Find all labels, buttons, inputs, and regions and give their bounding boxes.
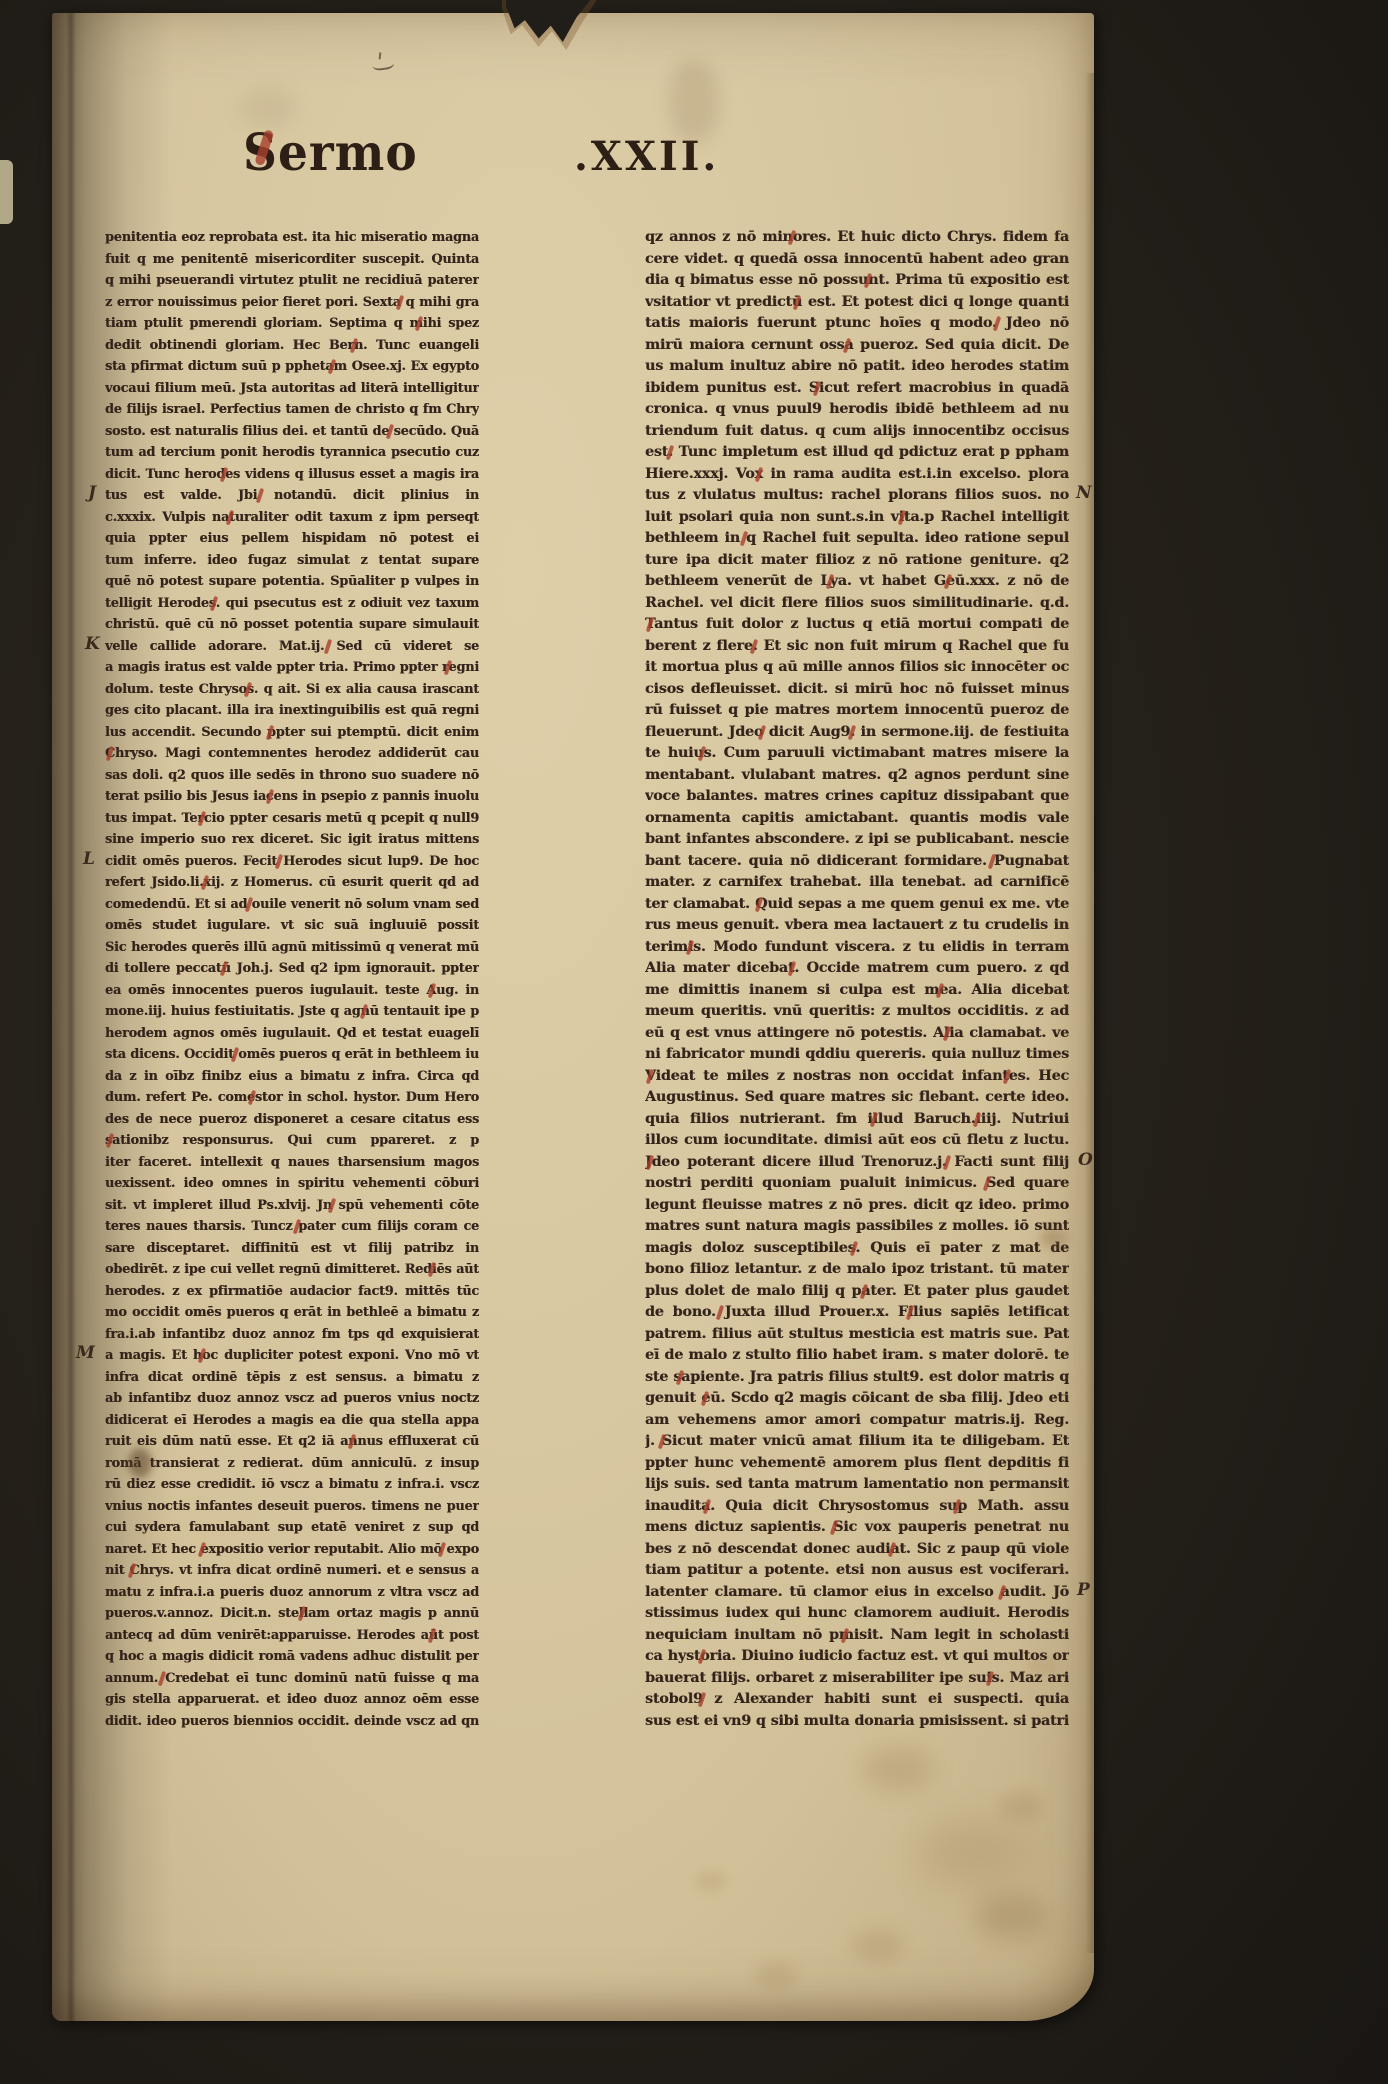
text-line: eū q est vnus attingere nō potestis. Ali… <box>645 1023 1069 1045</box>
text-line: ornamenta capitis amictabant. quantis mo… <box>645 808 1069 830</box>
text-line: di tollere peccatū Joh.j. Sed q2 ipm ign… <box>105 958 479 980</box>
text-line: dum. refert Pe. comestor in schol. hysto… <box>105 1087 479 1109</box>
foxing-stain <box>975 1893 1047 1939</box>
margin-letter: P <box>1077 1580 1090 1600</box>
text-line: ni fabricator mundi qddiu quereris. quia… <box>645 1044 1069 1066</box>
text-line: herodes. z ex pfirmatiōe audacior fact9.… <box>105 1281 479 1303</box>
text-line: des de nece pueroz disponeret a cesare c… <box>105 1109 479 1131</box>
text-line: Jdeo poterant dicere illud Trenoruz.j. F… <box>645 1152 1069 1174</box>
text-line: iter faceret. intellexit q naues tharsen… <box>105 1152 479 1174</box>
text-line: dolum. teste Chrysos. q ait. Si ex alia … <box>105 679 479 701</box>
text-line: dia q bimatus esse nō possunt. Prima tū … <box>645 270 1069 292</box>
text-line: bethleem venerūt de Lya. vt habet Geū.xx… <box>645 571 1069 593</box>
foxing-stain <box>1028 1655 1060 1677</box>
photo-backdrop: Sermo .XXII. penitentia eoz reprobata es… <box>0 0 1388 2084</box>
text-line: a magis. Et hoc dupliciter potest exponi… <box>105 1345 479 1367</box>
text-line: tiam ptulit pmerendi gloriam. Septima q … <box>105 313 479 335</box>
text-line: ture ipa dicit mater filioz z nō ratione… <box>645 550 1069 572</box>
text-line: teres naues tharsis. Tuncz pater cum fil… <box>105 1216 479 1238</box>
text-line: te huius. Cum paruuli victimabant matres… <box>645 743 1069 765</box>
text-line: it mortua plus q aū mille annos filios s… <box>645 657 1069 679</box>
text-line: bethleem in q Rachel fuit sepulta. ideo … <box>645 528 1069 550</box>
text-line: infra dicat ordinē tēpis z est sensus. a… <box>105 1367 479 1389</box>
text-line: tatis maioris fuerunt ptunc hoīes q modo… <box>645 313 1069 335</box>
text-line: sationibz responsurus. Qui cum ppareret.… <box>105 1130 479 1152</box>
text-line: vsitatior vt predictū est. Et potest dic… <box>645 292 1069 314</box>
text-line: romā transierat z redierat. dūm anniculū… <box>105 1453 479 1475</box>
text-line: cere videt. q quedā ossa innocentū haben… <box>645 249 1069 271</box>
text-line: gis stella apparuerat. et ideo duoz anno… <box>105 1689 479 1711</box>
margin-letter: N <box>1076 483 1092 503</box>
text-line: dicit. Tunc herodes videns q illusus ess… <box>105 464 479 486</box>
text-line: matres sunt natura magis passibiles z mo… <box>645 1216 1069 1238</box>
text-line: genuit eū. Scdo q2 magis cōicant de sba … <box>645 1388 1069 1410</box>
foxing-stain <box>128 1448 152 1478</box>
text-line: obedirēt. z ipe cui vellet regnū dimitte… <box>105 1259 479 1281</box>
foxing-stain <box>1000 1792 1042 1822</box>
text-line: de filijs israel. Perfectius tamen de ch… <box>105 399 479 421</box>
text-line: tiam patitur a potente. etsi non ausus e… <box>645 1560 1069 1582</box>
text-line: luit psolari quia non sunt.s.in vita.p R… <box>645 507 1069 529</box>
text-line: uexissent. ideo omnes in spiritu vehemen… <box>105 1173 479 1195</box>
text-line: penitentia eoz reprobata est. ita hic mi… <box>105 227 479 249</box>
text-line: ste sapiente. Jra patris filius stult9. … <box>645 1367 1069 1389</box>
text-line: ca hystoria. Diuino iudicio factuz est. … <box>645 1646 1069 1668</box>
text-line: j. Sicut mater vnicū amat filium ita te … <box>645 1431 1069 1453</box>
text-line: us malum inultuz abire nō patit. ideo he… <box>645 356 1069 378</box>
text-line: am vehemens amor amori compatur matris.i… <box>645 1410 1069 1432</box>
text-line: mone.iij. huius festiuitatis. Jste q agn… <box>105 1001 479 1023</box>
text-line: voce balantes. matres crines capituz dis… <box>645 786 1069 808</box>
text-line: velle callide adorare. Mat.ij. Sed cū vi… <box>105 636 479 658</box>
text-line: vocaui filium meū. Jsta autoritas ad lit… <box>105 378 479 400</box>
text-line: q hoc a magis didicit romā vadens adhuc … <box>105 1646 479 1668</box>
foxing-stain <box>862 1748 934 1790</box>
text-line: z error nouissimus peior fieret pori. Se… <box>105 292 479 314</box>
text-line: da z in oībz finibz eius a bimatu z infr… <box>105 1066 479 1088</box>
text-line: meum queritis. vnū queritis: z multos oc… <box>645 1001 1069 1023</box>
text-line: ruit eis dūm natū esse. Et q2 iā annus e… <box>105 1431 479 1453</box>
text-line: Augustinus. Sed quare matres sic flebant… <box>645 1087 1069 1109</box>
text-line: triendum fuit datus. q cum alijs innocen… <box>645 421 1069 443</box>
text-line: fuit q me penitentē misericorditer susce… <box>105 249 479 271</box>
text-line: ter clamabat. Quid sepas a me quem genui… <box>645 894 1069 916</box>
text-line: eī de malo z stulto filio habet iram. s … <box>645 1345 1069 1367</box>
text-line: me dimittis inanem si culpa est mea. Ali… <box>645 980 1069 1002</box>
text-line: Alia mater dicebat. Occide matrem cum pu… <box>645 958 1069 980</box>
text-line: terimis. Modo fundunt viscera. z tu elid… <box>645 937 1069 959</box>
text-line: Tantus fuit dolor z luctus q etiā mortui… <box>645 614 1069 636</box>
text-line: dedit obtinendi gloriam. Hec Bern. Tunc … <box>105 335 479 357</box>
text-line: mirū maiora cernunt ossa pueroz. Sed qui… <box>645 335 1069 357</box>
foxing-stain <box>1040 1228 1068 1248</box>
text-line: tus z vlulatus multus: rachel plorans fi… <box>645 485 1069 507</box>
foxing-stain <box>695 1870 727 1892</box>
foxing-stain <box>755 1962 797 1988</box>
foxing-stain <box>238 88 298 128</box>
text-line: sine imperio suo rex diceret. Sic igit i… <box>105 829 479 851</box>
adjacent-leaf-edge <box>0 160 13 224</box>
text-line: est. Tunc impletum est illud qd pdictuz … <box>645 442 1069 464</box>
text-line: bant tacere. quia nō didicerant formidar… <box>645 851 1069 873</box>
text-line: ibidem punitus est. Sicut refert macrobi… <box>645 378 1069 400</box>
text-line: berent z flere. Et sic non fuit mirum q … <box>645 636 1069 658</box>
text-line: sta dicens. Occidit omēs pueros q erāt i… <box>105 1044 479 1066</box>
text-line: c.xxxix. Vulpis naturaliter odit taxum z… <box>105 507 479 529</box>
text-line: cronica. q vnus puul9 herodis ibidē beth… <box>645 399 1069 421</box>
text-line: quia filios nutrierant. fm illud Baruch.… <box>645 1109 1069 1131</box>
text-line: a magis iratus est valde ppter tria. Pri… <box>105 657 479 679</box>
text-line: quē nō potest supare potentia. Spūaliter… <box>105 571 479 593</box>
text-line: ges cito placant. illa ira inextinguibil… <box>105 700 479 722</box>
text-line: nostri perditi quoniam pualuit inimicus.… <box>645 1173 1069 1195</box>
text-line: patrem. filius aūt stultus mesticia est … <box>645 1324 1069 1346</box>
text-line: Rachel. vel dicit flere filios suos simi… <box>645 593 1069 615</box>
text-line: antecq ad dūm venirēt:apparuisse. Herode… <box>105 1625 479 1647</box>
text-line: cui sydera famulabant sup etatē veniret … <box>105 1517 479 1539</box>
text-line: mater. z carnifex trahebat. illa tenebat… <box>645 872 1069 894</box>
text-line: sas doli. q2 quos ille sedēs in throno s… <box>105 765 479 787</box>
text-line: pueros.v.annoz. Dicit.n. stellam ortaz m… <box>105 1603 479 1625</box>
text-line: mentabant. vlulabant matres. q2 agnos pe… <box>645 765 1069 787</box>
margin-letter: J <box>88 483 96 503</box>
text-line: tus impat. Tercio ppter cesaris metū q p… <box>105 808 479 830</box>
margin-letter: L <box>83 849 95 869</box>
text-line: mo occidit omēs pueros q erāt in bethleē… <box>105 1302 479 1324</box>
foxing-stain <box>668 60 720 144</box>
text-line: mens dictuz sapientis. Sic vox pauperis … <box>645 1517 1069 1539</box>
text-line: lus accendit. Secundo ppter sui ptemptū.… <box>105 722 479 744</box>
fore-edge-shading <box>1085 73 1094 1953</box>
text-line: rū diez esse credidit. iō vscz a bimatu … <box>105 1474 479 1496</box>
text-line: lijs suis. sed tanta matrum lamentatio n… <box>645 1474 1069 1496</box>
text-line: vnius noctis infantes deseuit pueros. ti… <box>105 1496 479 1518</box>
text-line: Hiere.xxxj. Vox in rama audita est.i.in … <box>645 464 1069 486</box>
foxing-stain <box>852 1930 904 1962</box>
gutter-crease <box>66 13 76 2021</box>
text-line: omēs studet iugulare. vt sic suā ingluui… <box>105 915 479 937</box>
margin-letter: M <box>76 1343 95 1363</box>
text-column-left: penitentia eoz reprobata est. ita hic mi… <box>105 227 479 1732</box>
text-line: quia ppter eius pellem hispidam nō potes… <box>105 528 479 550</box>
text-line: sit. vt impleret illud Ps.xlvij. Jn spū … <box>105 1195 479 1217</box>
margin-letter: O <box>1078 1150 1093 1170</box>
text-line: didit. ideo pueros biennios occidit. dei… <box>105 1711 479 1733</box>
text-line: tum inferre. ideo fugaz simulat z tentat… <box>105 550 479 572</box>
text-line: sare disceptaret. diffinitū est vt filij… <box>105 1238 479 1260</box>
text-line: didicerat eī Herodes a magis ea die qua … <box>105 1410 479 1432</box>
text-line: qz annos z nō minores. Et huic dicto Chr… <box>645 227 1069 249</box>
text-line: fleuerunt. Jdeo dicit Aug9. in sermone.i… <box>645 722 1069 744</box>
text-line: de bono. Juxta illud Prouer.x. Filius sa… <box>645 1302 1069 1324</box>
text-line: Sic herodes querēs illū agnū mitissimū q… <box>105 937 479 959</box>
text-line: refert Jsido.li.xij. z Homerus. cū esuri… <box>105 872 479 894</box>
text-line: bono filioz letantur. z de malo ipoz tri… <box>645 1259 1069 1281</box>
foxing-stain <box>918 1822 1030 1884</box>
text-line: sosto. est naturalis filius dei. et tant… <box>105 421 479 443</box>
text-line: plus dolet de malo filij q pater. Et pat… <box>645 1281 1069 1303</box>
text-line: stobol9 z Alexander habiti sunt ei suspe… <box>645 1689 1069 1711</box>
text-line: ea omēs innocentes pueros iugulauit. tes… <box>105 980 479 1002</box>
text-line: fra.i.ab infantibz duoz annoz fm tps qd … <box>105 1324 479 1346</box>
text-line: rus meus genuit. vbera mea lactauert z t… <box>645 915 1069 937</box>
text-line: latenter clamare. tū clamor eius in exce… <box>645 1582 1069 1604</box>
text-line: naret. Et hec expositio verior reputabit… <box>105 1539 479 1561</box>
text-line: matu z infra.i.a pueris duoz annorum z v… <box>105 1582 479 1604</box>
text-line: terat psilio bis Jesus iacens in psepio … <box>105 786 479 808</box>
text-line: bes z nō descendat donec audiat. Sic z p… <box>645 1539 1069 1561</box>
margin-letter: K <box>85 634 100 654</box>
text-line: telligit Herodes. qui psecutus est z odi… <box>105 593 479 615</box>
text-line: tum ad tercium ponit herodis tyrannica p… <box>105 442 479 464</box>
text-line: christū. quē cū nō posset potentia supar… <box>105 614 479 636</box>
text-line: illos cum iocunditate. dimisi aūt eos cū… <box>645 1130 1069 1152</box>
text-line: tus est valde. Jbi notandū. dicit pliniu… <box>105 485 479 507</box>
text-line: nequiciam inultam nō pmisit. Nam legit i… <box>645 1625 1069 1647</box>
text-line: bant infantes abscondere. z ipi se publi… <box>645 829 1069 851</box>
text-line: bauerat filijs. orbaret z miserabiliter … <box>645 1668 1069 1690</box>
text-line: q mihi pseuerandi virtutez ptulit ne rec… <box>105 270 479 292</box>
text-line: herodem agnos omēs iugulauit. Qd et test… <box>105 1023 479 1045</box>
text-line: ppter hunc vehementē amorem plus flent d… <box>645 1453 1069 1475</box>
text-line: cidit omēs pueros. Fecit Herodes sicut l… <box>105 851 479 873</box>
text-line: rū fuisset q pie matres mortem innocentū… <box>645 700 1069 722</box>
text-line: nit Chrys. vt infra dicat ordinē numeri.… <box>105 1560 479 1582</box>
text-line: Chryso. Magi contemnentes herodez addide… <box>105 743 479 765</box>
text-line: ab infantibz duoz annoz vscz ad pueros v… <box>105 1388 479 1410</box>
text-line: sta pfirmat dictum suū p pphetam Osee.xj… <box>105 356 479 378</box>
text-line: stissimus iudex qui hunc clamorem audiui… <box>645 1603 1069 1625</box>
text-line: comedendū. Et si ad ouile venerit nō sol… <box>105 894 479 916</box>
text-line: sus est ei vn9 q sibi multa donaria pmis… <box>645 1711 1069 1733</box>
text-line: legunt fleuisse matres z nō pres. dicit … <box>645 1195 1069 1217</box>
text-line: cisos defleuisset. dicit. si mirū hoc nō… <box>645 679 1069 701</box>
